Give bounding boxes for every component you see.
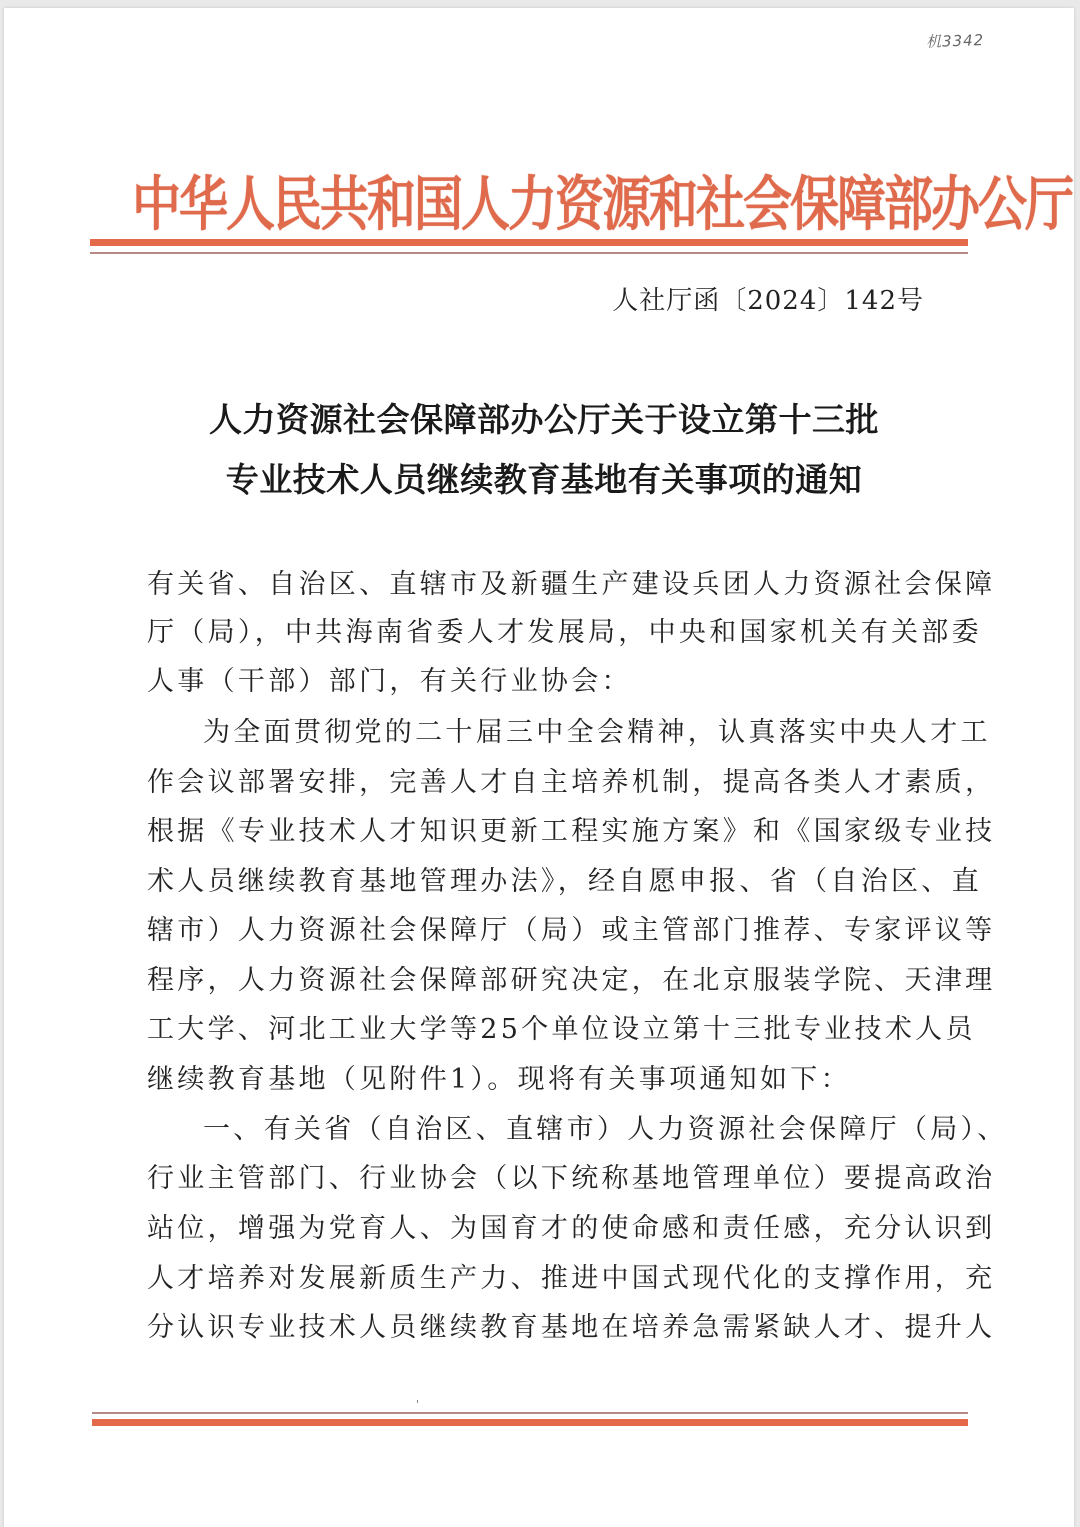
notice-title-line-1: 人力资源社会保障部办公厅关于设立第十三批 (4, 394, 1080, 441)
masthead-rule-thin (90, 252, 968, 254)
body-line: 工大学、河北工业大学等25个单位设立第十三批专业技术人员 (147, 1010, 947, 1050)
notice-title-line-2: 专业技术人员继续教育基地有关事项的通知 (4, 454, 1080, 501)
body-line: 人事（干部）部门，有关行业协会： (147, 662, 947, 702)
body-line: 术人员继续教育基地管理办法》，经自愿申报、省（自治区、直 (147, 862, 947, 902)
body-line: 根据《专业技术人才知识更新工程实施方案》和《国家级专业技 (147, 812, 947, 852)
body-line: 人才培养对发展新质生产力、推进中国式现代化的支撑作用，充 (147, 1259, 947, 1299)
body-line: 有关省、自治区、直辖市及新疆生产建设兵团人力资源社会保障 (147, 565, 947, 605)
body-line: 作会议部署安排，完善人才自主培养机制，提高各类人才素质， (147, 763, 947, 803)
body-line: 厅（局），中共海南省委人才发展局，中央和国家机关有关部委 (147, 613, 947, 653)
document-page: 机3342 中华人民共和国人力资源和社会保障部办公厅 人社厅函〔2024〕142… (4, 8, 1074, 1527)
body-line: 程序，人力资源社会保障部研究决定，在北京服装学院、天津理 (147, 961, 947, 1001)
body-paragraph-start: 为全面贯彻党的二十届三中全会精神，认真落实中央人才工 (203, 713, 1003, 753)
handwritten-note: 机3342 (926, 29, 985, 52)
body-line: 分认识专业技术人员继续教育基地在培养急需紧缺人才、提升人 (147, 1308, 947, 1348)
masthead-title: 中华人民共和国人力资源和社会保障部办公厅 (132, 156, 932, 252)
footer-rule-thick (92, 1419, 968, 1426)
footer-rule-thin (92, 1412, 968, 1414)
body-line: 继续教育基地（见附件1）。现将有关事项通知如下： (147, 1060, 947, 1100)
body-section-one-start: 一、有关省（自治区、直辖市）人力资源社会保障厅（局）、 (203, 1110, 1003, 1150)
body-line: 行业主管部门、行业协会（以下统称基地管理单位）要提高政治 (147, 1159, 947, 1199)
scan-speck (417, 1400, 418, 1403)
masthead-rule-thick (90, 239, 968, 246)
document-number: 人社厅函〔2024〕142号 (612, 280, 924, 317)
body-line: 站位，增强为党育人、为国育才的使命感和责任感，充分认识到 (147, 1209, 947, 1249)
body-line: 辖市）人力资源社会保障厅（局）或主管部门推荐、专家评议等 (147, 911, 947, 951)
